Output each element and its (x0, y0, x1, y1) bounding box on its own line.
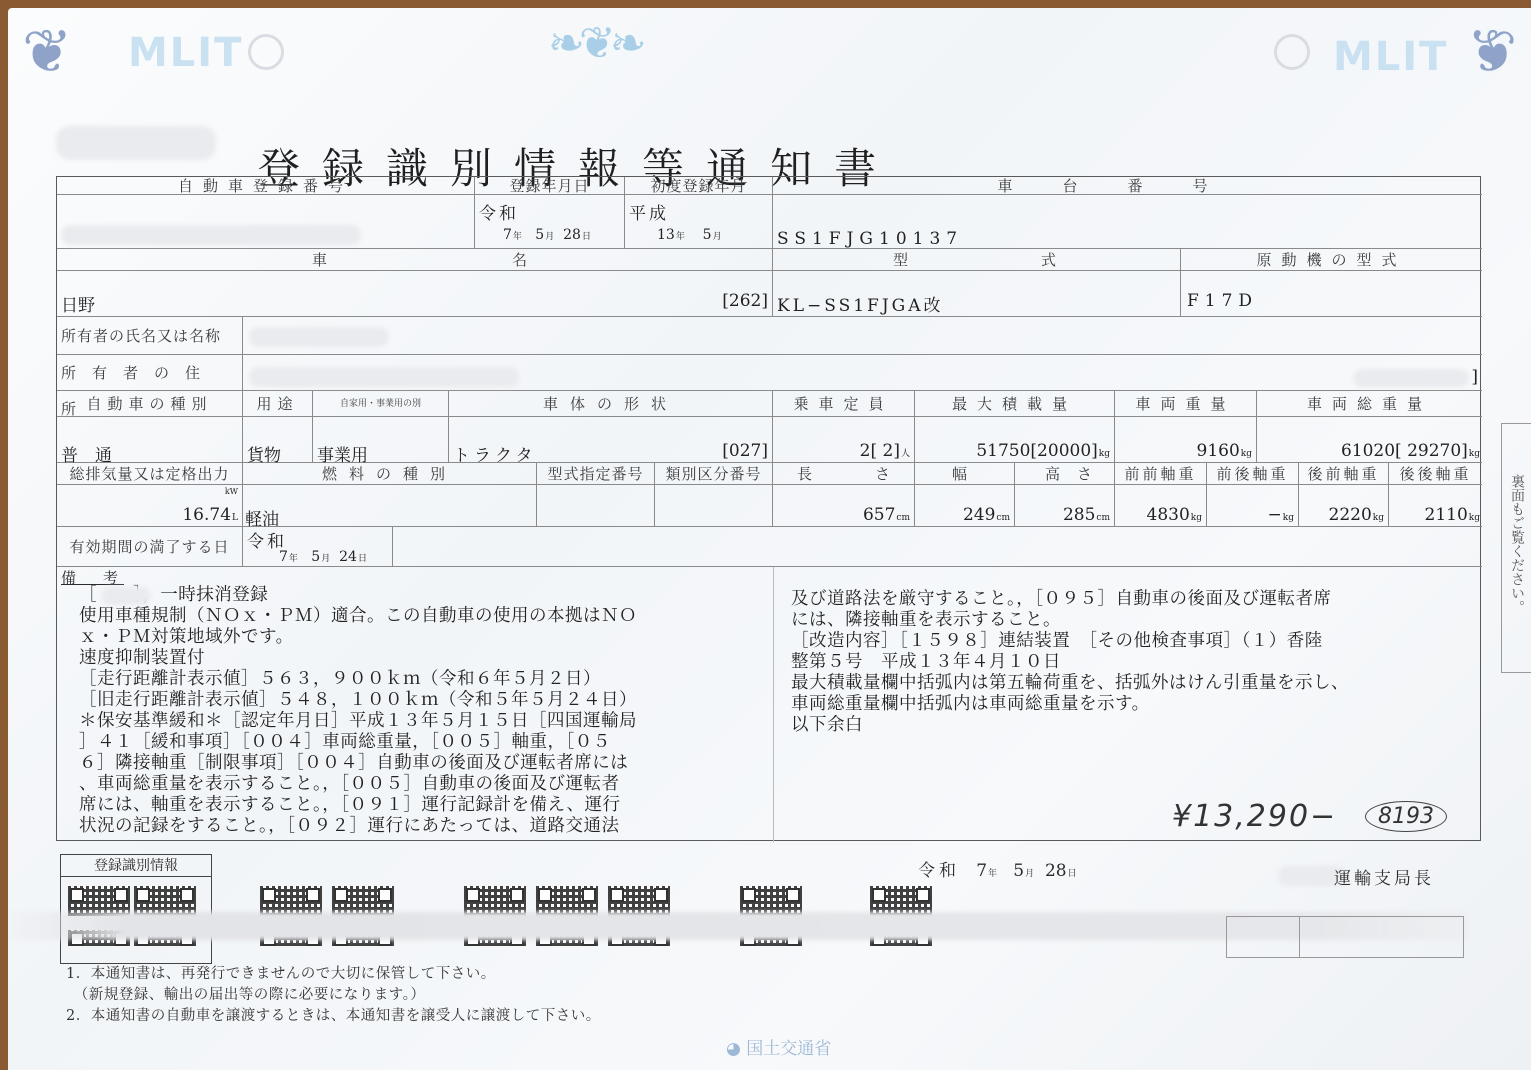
remarks-line: には、隣接軸重を表示すること。 (791, 610, 1349, 631)
redacted-area (101, 587, 151, 605)
vehicle-name: 日野 (61, 291, 95, 316)
remarks-line: 席には、軸重を表示すること。，［０９１］運行記録計を備え、運行 (79, 795, 637, 816)
height-header: 高 さ (1015, 463, 1115, 485)
use-header: 用途 (243, 391, 313, 417)
note-line: 1．本通知書は、再発行できませんので大切に保管して下さい。 (66, 964, 601, 985)
redacted-area (249, 327, 389, 347)
fuel-header: 燃料の種別 (243, 463, 537, 485)
rr-axle-header: 後後軸重 (1389, 463, 1482, 485)
first-registration-header: 初度登録年月 (625, 177, 773, 195)
mlit-watermark: MLIT (1333, 34, 1448, 80)
body-shape-header: 車体の形状 (449, 391, 773, 417)
signature-box (1226, 916, 1464, 958)
remarks-line: ｘ・ＰＭ対策地域外です。 (79, 627, 637, 648)
category-number-header: 類別区分番号 (655, 463, 773, 485)
ministry-emblem-icon: ◕ (726, 1039, 741, 1059)
note-line: （新規登録、輸出の届出等の際に必要になります。） (66, 985, 601, 1006)
max-load-value: 51750[20000]kg (976, 441, 1110, 461)
model-header: 型 式 (773, 249, 1181, 271)
handwritten-amount: ¥13,290− (1172, 799, 1337, 834)
remarks-line: 車両総重量欄中括弧内は車両総重量を示す。 (791, 694, 1349, 715)
remarks-line: ］４１［緩和事項］［００４］車両総重量，［００５］軸重，［０５ (79, 732, 637, 753)
model-designation-cell (537, 485, 655, 527)
engine-cell: F17D (1181, 271, 1482, 317)
document-sheet: ❦ ❦ ❧❦❧ MLIT MLIT 登録識別情報等通知書 自動車登録番号 登録年… (8, 8, 1531, 1070)
remarks-line: 整第５号 平成１３年４月１０日 (791, 652, 1349, 673)
vehicle-weight-value: 9160kg (1197, 441, 1252, 461)
expiry-label: 有効期間の満了する日 (57, 527, 243, 567)
qr-section-label: 登録識別情報 (61, 855, 211, 877)
remarks-divider (773, 567, 774, 842)
ff-axle-header: 前前軸重 (1115, 463, 1207, 485)
chassis-number: SS1FJG10137 (777, 229, 963, 249)
registration-number-header: 自動車登録番号 (57, 177, 475, 195)
notes-list: 1．本通知書は、再発行できませんので大切に保管して下さい。 （新規登録、輸出の届… (66, 964, 601, 1027)
owner-name-label: 所有者の氏名又は名称 (57, 317, 243, 355)
height-value: 285cm (1063, 505, 1110, 525)
width-header: 幅 (915, 463, 1015, 485)
handwritten-circled-number: 8193 (1365, 801, 1447, 832)
issue-date: 令和 7年 5月 28日 (918, 856, 1077, 881)
top-ornament-icon: ❧❦❧ (548, 22, 641, 66)
capacity-header: 乗車定員 (773, 391, 915, 417)
remarks-line: ［旧走行距離計表示値］５４８，１００ｋｍ（令和５年５月２４日） (79, 690, 637, 711)
fr-axle-header: 前後軸重 (1207, 463, 1299, 485)
vehicle-name-cell: 日野 [262] (57, 271, 773, 317)
redacted-area (56, 126, 216, 160)
registration-date-cell: 令和 7年 5月 28日 (475, 195, 625, 249)
gross-weight-header: 車両総重量 (1257, 391, 1482, 417)
displacement-header: 総排気量又は定格出力 (57, 463, 243, 485)
remarks-line: ［走行距離計表示値］５６３，９００ｋｍ（令和６年５月２日） (79, 669, 637, 690)
redacted-area (249, 367, 519, 387)
remarks-line: 速度抑制装置付 (79, 648, 637, 669)
vehicle-name-code: [262] (722, 291, 768, 311)
engine-value: F17D (1187, 291, 1258, 311)
model-value: KL−SS1FJGA改 (777, 291, 944, 316)
corner-ornament-icon: ❦ (22, 22, 72, 82)
model-designation-header: 型式指定番号 (537, 463, 655, 485)
rf-axle-value: 2220kg (1329, 505, 1384, 525)
registration-number-cell (57, 195, 475, 249)
remarks-line: 以下余白 (791, 715, 1349, 736)
remarks-left-column: ［ ］，一時抹消登録使用車種規制（ＮＯｘ・ＰＭ）適合。この自動車の使用の本拠はＮ… (79, 585, 637, 837)
ministry-logo: ◕ 国土交通省 (726, 1034, 831, 1059)
registration-date-header: 登録年月日 (475, 177, 625, 195)
ff-axle-value: 4830kg (1147, 505, 1202, 525)
remarks-line: ［改造内容］［１５９８］連結装置 ［その他検査事項］（１）香陸 (791, 631, 1349, 652)
fr-axle-value: −kg (1268, 505, 1294, 525)
remarks-line: 状況の記録をすること。，［０９２］運行にあたっては、道路交通法 (79, 816, 637, 837)
remarks-line: ＊保安基準緩和＊［認定年月日］平成１３年５月１５日［四国運輸局 (79, 711, 637, 732)
capacity-value: 2[ 2]人 (860, 441, 910, 461)
owner-address-label: 所有者の住所 (57, 355, 243, 391)
remarks-line: ６］隣接軸重［制限事項］［００４］自動車の後面及び運転者席には (79, 753, 637, 774)
body-shape-code: [027] (722, 441, 768, 461)
issuing-authority: 運輸支局長 (1334, 864, 1434, 889)
see-reverse-note: 裏面もご覧ください。 (1501, 423, 1531, 673)
model-cell: KL−SS1FJGA改 (773, 271, 1181, 317)
private-business-header: 自家用・事業用の別 (313, 391, 449, 417)
mlit-watermark: MLIT (128, 30, 243, 76)
length-value: 657cm (863, 505, 910, 525)
vehicle-name-header: 車 名 (57, 249, 773, 271)
redacted-area (61, 225, 361, 245)
remarks-right-column: 及び道路法を厳守すること。，［０９５］自動車の後面及び運転者席には、隣接軸重を表… (791, 589, 1349, 736)
redacted-area (1353, 369, 1469, 387)
remarks-line: 、車両総重量を表示すること。，［００５］自動車の後面及び運転者 (79, 774, 637, 795)
remarks-line: 及び道路法を厳守すること。，［０９５］自動車の後面及び運転者席 (791, 589, 1349, 610)
expiry-date: 7年 5月 24日 (279, 549, 367, 565)
chassis-number-header: 車台番号 (773, 177, 1482, 195)
emblem-icon (1274, 34, 1310, 70)
corner-ornament-icon: ❦ (1467, 22, 1517, 82)
remarks-line: 最大積載量欄中括弧内は第五輪荷重を、括弧外はけん引重量を示し、 (791, 673, 1349, 694)
remarks-line: 使用車種規制（ＮＯｘ・ＰＭ）適合。この自動車の使用の本拠はＮＯ (79, 606, 637, 627)
remarks-line: ［ ］，一時抹消登録 (79, 585, 637, 606)
owner-address-cell: ] (243, 355, 1482, 391)
displacement-value: 16.74L (182, 505, 238, 525)
vehicle-weight-header: 車両重量 (1115, 391, 1257, 417)
note-line: 2．本通知書の自動車を譲渡するときは、本通知書を譲受人に譲渡して下さい。 (66, 1006, 601, 1027)
owner-name-cell (243, 317, 1482, 355)
gross-weight-value: 61020[ 29270]kg (1341, 441, 1480, 461)
first-registration-cell: 平成 13年 5月 (625, 195, 773, 249)
vehicle-type-header: 自動車の種別 (57, 391, 243, 417)
chassis-number-cell: SS1FJG10137 (773, 195, 1482, 249)
length-header: 長 さ (773, 463, 915, 485)
rr-axle-value: 2110kg (1425, 505, 1480, 525)
category-number-cell (655, 485, 773, 527)
width-value: 249cm (963, 505, 1010, 525)
max-load-header: 最大積載量 (915, 391, 1115, 417)
engine-header: 原動機の型式 (1181, 249, 1482, 271)
rf-axle-header: 後前軸重 (1299, 463, 1389, 485)
registration-table: 自動車登録番号 登録年月日 初度登録年月 車台番号 令和 7年 5月 28日 平… (56, 176, 1481, 841)
expiry-cell: 令和 7年 5月 24日 (243, 527, 393, 567)
emblem-icon (248, 34, 284, 70)
